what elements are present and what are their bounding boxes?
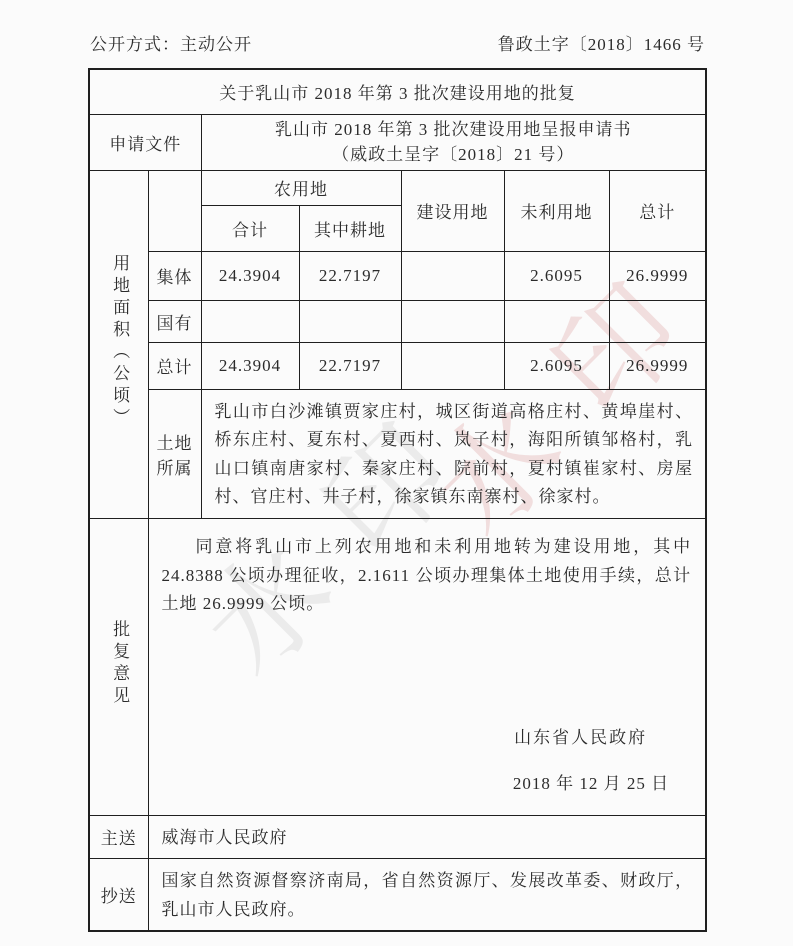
table-row: 土地所属 乳山市白沙滩镇贾家庄村，城区街道高格庄村、黄埠崖村、桥东庄村、夏东村、…: [89, 389, 706, 518]
document-page: 水印 水印 公开方式：主动公开 鲁政土字〔2018〕1466 号 关于乳山市 2…: [0, 0, 793, 946]
copy-recipients-label: 抄送: [89, 859, 148, 932]
main-recipient-content: 威海市人民政府: [148, 815, 706, 859]
collective-cultivated-value: 22.7197: [299, 251, 401, 300]
header-total: 总计: [609, 170, 706, 251]
row-label-state-owned: 国有: [148, 300, 201, 342]
approval-opinion-label: 批复意见: [109, 620, 128, 708]
table-row: 申请文件 乳山市 2018 年第 3 批次建设用地呈报申请书 （威政土呈字〔20…: [89, 114, 706, 170]
land-area-side-label-cell: 用地面积（公顷）: [89, 170, 148, 518]
approval-form-table: 关于乳山市 2018 年第 3 批次建设用地的批复 申请文件 乳山市 2018 …: [88, 68, 707, 932]
application-file-line1: 乳山市 2018 年第 3 批次建设用地呈报申请书: [206, 117, 702, 143]
table-row: 总计 24.3904 22.7197 2.6095 26.9999: [89, 342, 706, 389]
header-construction-land: 建设用地: [401, 170, 504, 251]
table-row: 抄送 国家自然资源督察济南局，省自然资源厅、发展改革委、财政厅，乳山市人民政府。: [89, 859, 706, 932]
grand-construction-value: [401, 342, 504, 389]
approval-opinion-content: 同意将乳山市上列农用地和未利用地转为建设用地，其中 24.8388 公顷办理征收…: [149, 519, 706, 620]
row-label-grand-total: 总计: [148, 342, 201, 389]
header-subtotal: 合计: [201, 205, 299, 251]
approval-date: 2018 年 12 月 25 日: [149, 769, 706, 794]
document-header-line: 公开方式：主动公开 鲁政土字〔2018〕1466 号: [0, 0, 793, 68]
header-unused-land: 未利用地: [504, 170, 609, 251]
table-row: 集体 24.3904 22.7197 2.6095 26.9999: [89, 251, 706, 300]
approval-opinion-cell: 同意将乳山市上列农用地和未利用地转为建设用地，其中 24.8388 公顷办理征收…: [148, 518, 706, 815]
header-agricultural-land: 农用地: [201, 170, 401, 205]
collective-unused-value: 2.6095: [504, 251, 609, 300]
document-number-text: 鲁政土字〔2018〕1466 号: [498, 30, 705, 55]
table-row: 批复意见 同意将乳山市上列农用地和未利用地转为建设用地，其中 24.8388 公…: [89, 518, 706, 815]
copy-recipients-content: 国家自然资源督察济南局，省自然资源厅、发展改革委、财政厅，乳山市人民政府。: [148, 859, 706, 932]
issuing-authority: 山东省人民政府: [149, 723, 706, 748]
land-ownership-content: 乳山市白沙滩镇贾家庄村，城区街道高格庄村、黄埠崖村、桥东庄村、夏东村、夏西村、岚…: [201, 389, 706, 518]
approval-opinion-label-cell: 批复意见: [89, 518, 148, 815]
state-total-value: [609, 300, 706, 342]
table-row: 关于乳山市 2018 年第 3 批次建设用地的批复: [89, 69, 706, 114]
state-unused-value: [504, 300, 609, 342]
table-row: 用地面积（公顷） 农用地 建设用地 未利用地 总计: [89, 170, 706, 205]
collective-subtotal-value: 24.3904: [201, 251, 299, 300]
table-row: 主送 威海市人民政府: [89, 815, 706, 859]
document-title: 关于乳山市 2018 年第 3 批次建设用地的批复: [89, 69, 706, 114]
land-area-side-label: 用地面积（公顷）: [109, 254, 128, 430]
grand-subtotal-value: 24.3904: [201, 342, 299, 389]
table-row: 国有: [89, 300, 706, 342]
grand-unused-value: 2.6095: [504, 342, 609, 389]
state-construction-value: [401, 300, 504, 342]
state-cultivated-value: [299, 300, 401, 342]
row-label-collective: 集体: [148, 251, 201, 300]
state-subtotal-value: [201, 300, 299, 342]
application-file-label: 申请文件: [89, 114, 201, 170]
land-ownership-label: 土地所属: [148, 389, 201, 518]
application-file-value: 乳山市 2018 年第 3 批次建设用地呈报申请书 （威政土呈字〔2018〕21…: [201, 114, 706, 170]
application-file-line2: （威政土呈字〔2018〕21 号）: [206, 142, 702, 168]
grand-total-value: 26.9999: [609, 342, 706, 389]
empty-corner-cell: [148, 170, 201, 251]
grand-cultivated-value: 22.7197: [299, 342, 401, 389]
header-cultivated: 其中耕地: [299, 205, 401, 251]
main-recipient-label: 主送: [89, 815, 148, 859]
collective-construction-value: [401, 251, 504, 300]
publicity-method-text: 公开方式：主动公开: [90, 30, 252, 55]
collective-total-value: 26.9999: [609, 251, 706, 300]
